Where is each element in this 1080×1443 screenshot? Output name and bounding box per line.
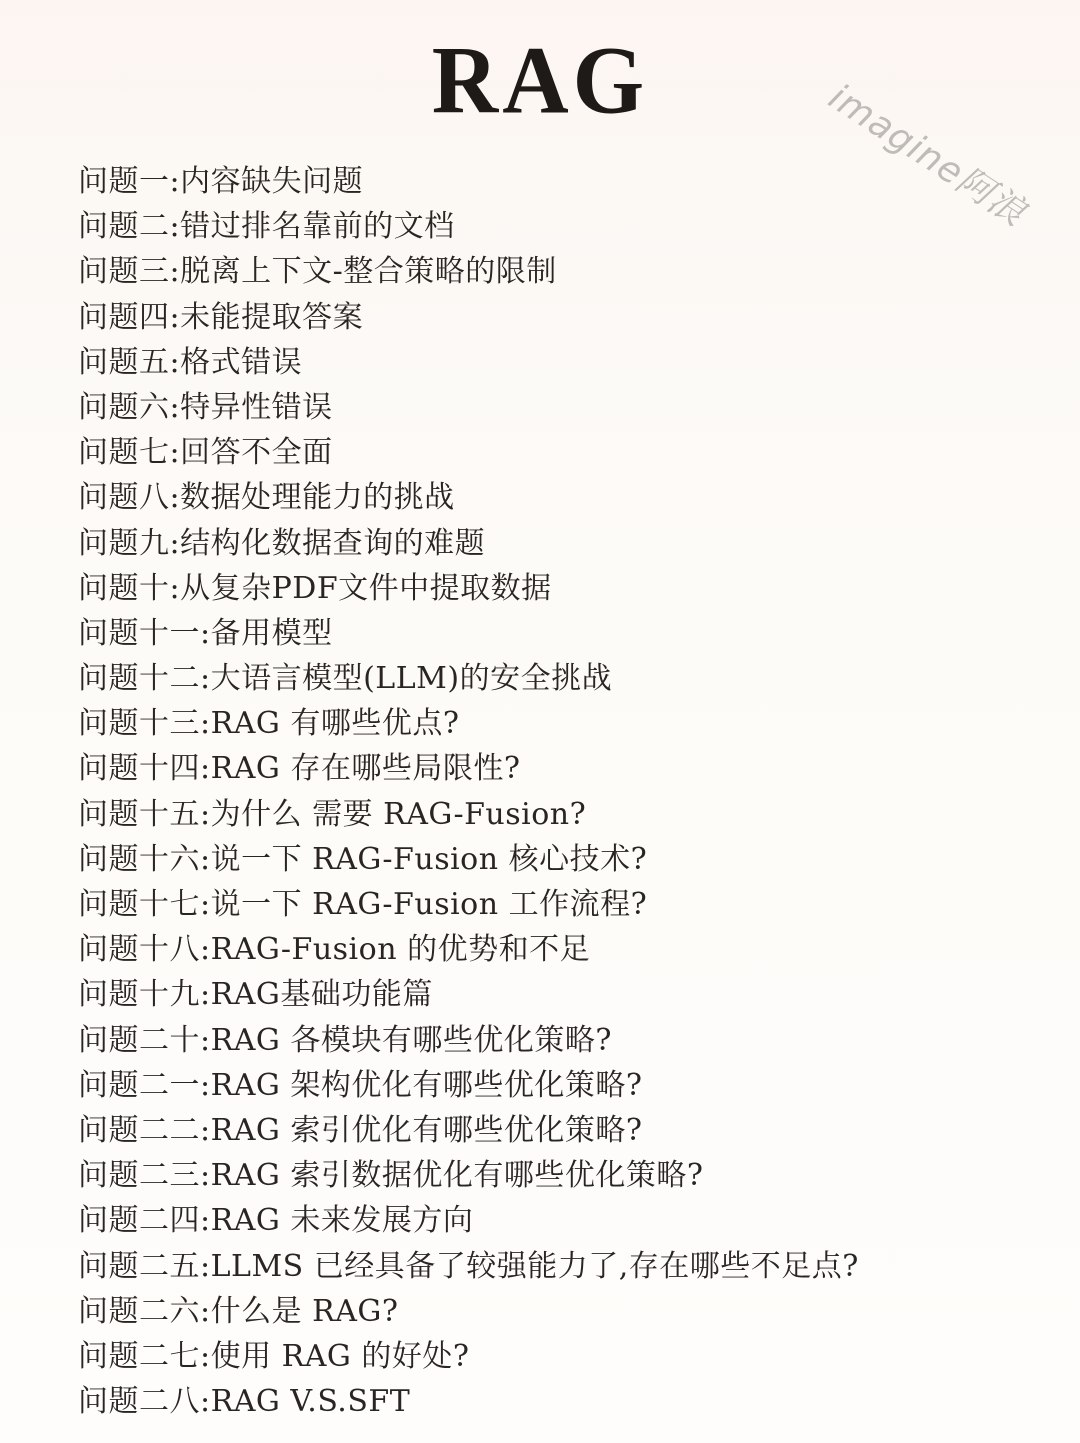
list-item: 问题二四:RAG 未来发展方向 [78, 1198, 859, 1243]
list-item: 问题四:未能提取答案 [78, 295, 859, 340]
list-item: 问题二六:什么是 RAG? [78, 1289, 859, 1334]
list-item: 问题二二:RAG 索引优化有哪些优化策略? [78, 1108, 859, 1153]
list-item: 问题二五:LLMS 已经具备了较强能力了,存在哪些不足点? [78, 1244, 859, 1289]
list-item: 问题二七:使用 RAG 的好处? [78, 1334, 859, 1379]
list-item: 问题七:回答不全面 [78, 430, 859, 475]
question-list: 问题一:内容缺失问题 问题二:错过排名靠前的文档 问题三:脱离上下文-整合策略的… [78, 159, 859, 1424]
list-item: 问题十四:RAG 存在哪些局限性? [78, 746, 859, 791]
list-item: 问题十九:RAG基础功能篇 [78, 972, 859, 1017]
list-item: 问题十八:RAG-Fusion 的优势和不足 [78, 927, 859, 972]
list-item: 问题二三:RAG 索引数据优化有哪些优化策略? [78, 1153, 859, 1198]
list-item: 问题六:特异性错误 [78, 385, 859, 430]
list-item: 问题二一:RAG 架构优化有哪些优化策略? [78, 1063, 859, 1108]
list-item: 问题五:格式错误 [78, 340, 859, 385]
list-item: 问题二八:RAG V.S.SFT [78, 1379, 859, 1424]
list-item: 问题一:内容缺失问题 [78, 159, 859, 204]
list-item: 问题三:脱离上下文-整合策略的限制 [78, 249, 859, 294]
list-item: 问题二十:RAG 各模块有哪些优化策略? [78, 1018, 859, 1063]
list-item: 问题九:结构化数据查询的难题 [78, 521, 859, 566]
list-item: 问题十六:说一下 RAG-Fusion 核心技术? [78, 837, 859, 882]
list-item: 问题二:错过排名靠前的文档 [78, 204, 859, 249]
list-item: 问题十五:为什么 需要 RAG-Fusion? [78, 792, 859, 837]
list-item: 问题十一:备用模型 [78, 611, 859, 656]
list-item: 问题八:数据处理能力的挑战 [78, 475, 859, 520]
list-item: 问题十三:RAG 有哪些优点? [78, 701, 859, 746]
list-item: 问题十二:大语言模型(LLM)的安全挑战 [78, 656, 859, 701]
list-item: 问题十:从复杂PDF文件中提取数据 [78, 566, 859, 611]
list-item: 问题十七:说一下 RAG-Fusion 工作流程? [78, 882, 859, 927]
